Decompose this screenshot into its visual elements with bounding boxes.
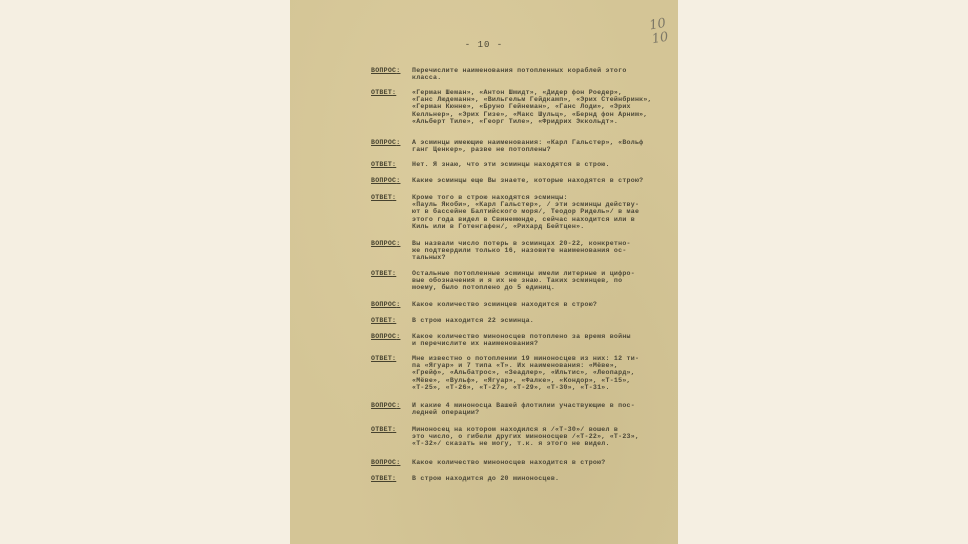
question-label: ВОПРОС — [371, 333, 411, 340]
question-label: ВОПРОС — [371, 402, 411, 409]
qa-entry-answer-7: ОТВЕТ Миноносец на котором находился я /… — [371, 426, 671, 448]
answer-text: В строю находится до 20 миноносцев. — [412, 475, 670, 482]
qa-entry-question-2: ВОПРОС А эсминцы имеющие наименования: «… — [371, 139, 671, 153]
document-page: - 10 - 10 10 ВОПРОС Перечислите наименов… — [290, 0, 678, 544]
question-label: ВОПРОС — [371, 177, 411, 184]
page-number: - 10 - — [290, 40, 678, 50]
qa-entry-answer-2: ОТВЕТ Нет. Я знаю, что эти эсминцы наход… — [371, 161, 671, 168]
answer-label: ОТВЕТ — [371, 426, 411, 433]
qa-entry-question-8: ВОПРОС Какое количество миноносцев наход… — [371, 459, 671, 466]
qa-entry-question-4: ВОПРОС Вы назвали число потерь в эсминца… — [371, 240, 671, 262]
qa-entry-answer-8: ОТВЕТ В строю находится до 20 миноносцев… — [371, 475, 671, 482]
answer-text: В строю находится 22 эсминца. — [412, 317, 670, 324]
answer-label: ОТВЕТ — [371, 161, 411, 168]
qa-entry-question-7: ВОПРОС И какие 4 миноносца Вашей флотили… — [371, 402, 671, 416]
question-label: ВОПРОС — [371, 240, 411, 247]
qa-entry-answer-3: ОТВЕТ Кроме того в строю находятся эсмин… — [371, 194, 671, 230]
answer-label: ОТВЕТ — [371, 194, 411, 201]
question-text: Какие эсминцы еще Вы знаете, которые нах… — [412, 177, 670, 184]
qa-entry-question-6: ВОПРОС Какое количество миноносцев потоп… — [371, 333, 671, 347]
question-text: И какие 4 миноносца Вашей флотилии участ… — [412, 402, 670, 416]
qa-entry-answer-6: ОТВЕТ Мне известно о потоплении 19 минон… — [371, 355, 671, 391]
question-label: ВОПРОС — [371, 459, 411, 466]
answer-text: Мне известно о потоплении 19 миноносцев … — [412, 355, 670, 391]
question-text: Перечислите наименования потопленных кор… — [412, 67, 670, 81]
question-text: Какое количество эсминцев находится в ст… — [412, 301, 670, 308]
answer-text: Кроме того в строю находятся эсминцы: «П… — [412, 194, 670, 230]
answer-label: ОТВЕТ — [371, 475, 411, 482]
question-text: Какое количество миноносцев находится в … — [412, 459, 670, 466]
answer-text: «Герман Шеман», «Антон Шмидт», «Дидер фо… — [412, 89, 670, 125]
answer-text: Нет. Я знаю, что эти эсминцы находятся в… — [412, 161, 670, 168]
question-text: А эсминцы имеющие наименования: «Карл Га… — [412, 139, 670, 153]
answer-label: ОТВЕТ — [371, 270, 411, 277]
answer-text: Остальные потопленные эсминцы имели лите… — [412, 270, 670, 292]
question-text: Какое количество миноносцев потоплено за… — [412, 333, 670, 347]
qa-entry-question-1: ВОПРОС Перечислите наименования потоплен… — [371, 67, 671, 81]
question-label: ВОПРОС — [371, 67, 411, 74]
answer-label: ОТВЕТ — [371, 355, 411, 362]
qa-entry-question-5: ВОПРОС Какое количество эсминцев находит… — [371, 301, 671, 308]
question-text: Вы назвали число потерь в эсминцах 20-22… — [412, 240, 670, 262]
qa-entry-answer-1: ОТВЕТ «Герман Шеман», «Антон Шмидт», «Ди… — [371, 89, 671, 125]
answer-label: ОТВЕТ — [371, 317, 411, 324]
answer-text: Миноносец на котором находился я /«Т-30»… — [412, 426, 670, 448]
qa-entry-question-3: ВОПРОС Какие эсминцы еще Вы знаете, кото… — [371, 177, 671, 184]
question-label: ВОПРОС — [371, 301, 411, 308]
qa-entry-answer-4: ОТВЕТ Остальные потопленные эсминцы имел… — [371, 270, 671, 292]
handwritten-page-mark: 10 10 — [646, 16, 673, 47]
answer-label: ОТВЕТ — [371, 89, 411, 96]
question-label: ВОПРОС — [371, 139, 411, 146]
qa-entry-answer-5: ОТВЕТ В строю находится 22 эсминца. — [371, 317, 671, 324]
